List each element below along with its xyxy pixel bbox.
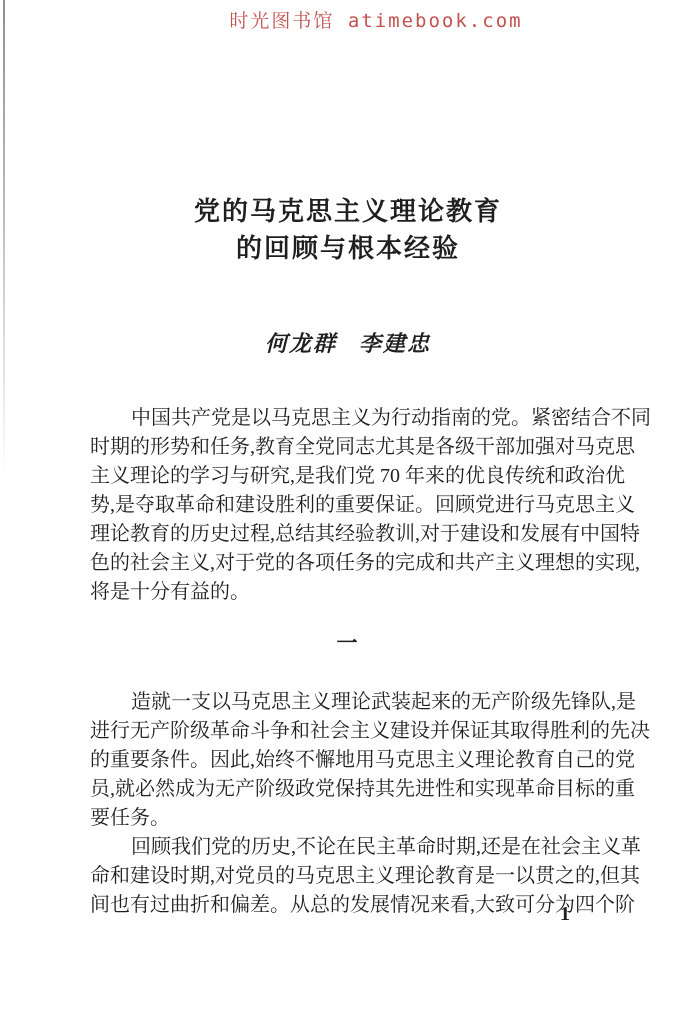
text-line: 的重要条件。因此,始终不懈地用马克思主义理论教育自己的党 xyxy=(90,746,604,775)
text-line: 进行无产阶级革命斗争和社会主义建设并保证其取得胜利的先决 xyxy=(90,717,604,746)
paragraph-1: 中国共产党是以马克思主义为行动指南的党。紧密结合不同时期的形势和任务,教育全党同… xyxy=(90,404,604,607)
page-number: 1 xyxy=(560,903,570,926)
section-heading: 一 xyxy=(90,629,604,658)
author-name: 何龙群 xyxy=(265,327,337,358)
text-line: 将是十分有益的。 xyxy=(90,578,604,607)
author-name: 李建忠 xyxy=(359,327,431,358)
text-line: 主义理论的学习与研究,是我们党 70 年来的优良传统和政治优 xyxy=(90,462,604,491)
text-line: 色的社会主义,对于党的各项任务的完成和共产主义理想的实现, xyxy=(90,549,604,578)
text-line: 理论教育的历史过程,总结其经验教训,对于建设和发展有中国特 xyxy=(90,520,604,549)
authors: 何龙群 李建忠 xyxy=(0,327,696,358)
text-line: 要任务。 xyxy=(90,804,604,833)
text-line: 中国共产党是以马克思主义为行动指南的党。紧密结合不同 xyxy=(90,404,604,433)
article-title: 党的马克思主义理论教育 的回顾与根本经验 xyxy=(0,193,696,267)
text-line: 回顾我们党的历史,不论在民主革命时期,还是在社会主义革 xyxy=(90,833,604,862)
text-line: 命和建设时期,对党员的马克思主义理论教育是一以贯之的,但其 xyxy=(90,862,604,891)
title-line-2: 的回顾与根本经验 xyxy=(0,230,696,267)
text-line: 员,就必然成为无产阶级政党保持其先进性和实现革命目标的重 xyxy=(90,775,604,804)
paragraph-2: 造就一支以马克思主义理论武装起来的无产阶级先锋队,是进行无产阶级革命斗争和社会主… xyxy=(90,688,604,833)
text-line: 造就一支以马克思主义理论武装起来的无产阶级先锋队,是 xyxy=(90,688,604,717)
watermark: 时光图书馆 atimebook.com xyxy=(0,6,696,33)
text-line: 势,是夺取革命和建设胜利的重要保证。回顾党进行马克思主义 xyxy=(90,491,604,520)
text-line: 时期的形势和任务,教育全党同志尤其是各级干部加强对马克思 xyxy=(90,433,604,462)
document-page: 时光图书馆 atimebook.com 党的马克思主义理论教育 的回顾与根本经验… xyxy=(0,0,696,1024)
paragraph-3: 回顾我们党的历史,不论在民主革命时期,还是在社会主义革命和建设时期,对党员的马克… xyxy=(90,833,604,920)
text-line: 间也有过曲折和偏差。从总的发展情况来看,大致可分为四个阶 xyxy=(90,891,604,920)
body-text: 中国共产党是以马克思主义为行动指南的党。紧密结合不同时期的形势和任务,教育全党同… xyxy=(90,404,604,920)
watermark-text: 时光图书馆 atimebook.com xyxy=(229,10,522,32)
title-line-1: 党的马克思主义理论教育 xyxy=(0,193,696,230)
